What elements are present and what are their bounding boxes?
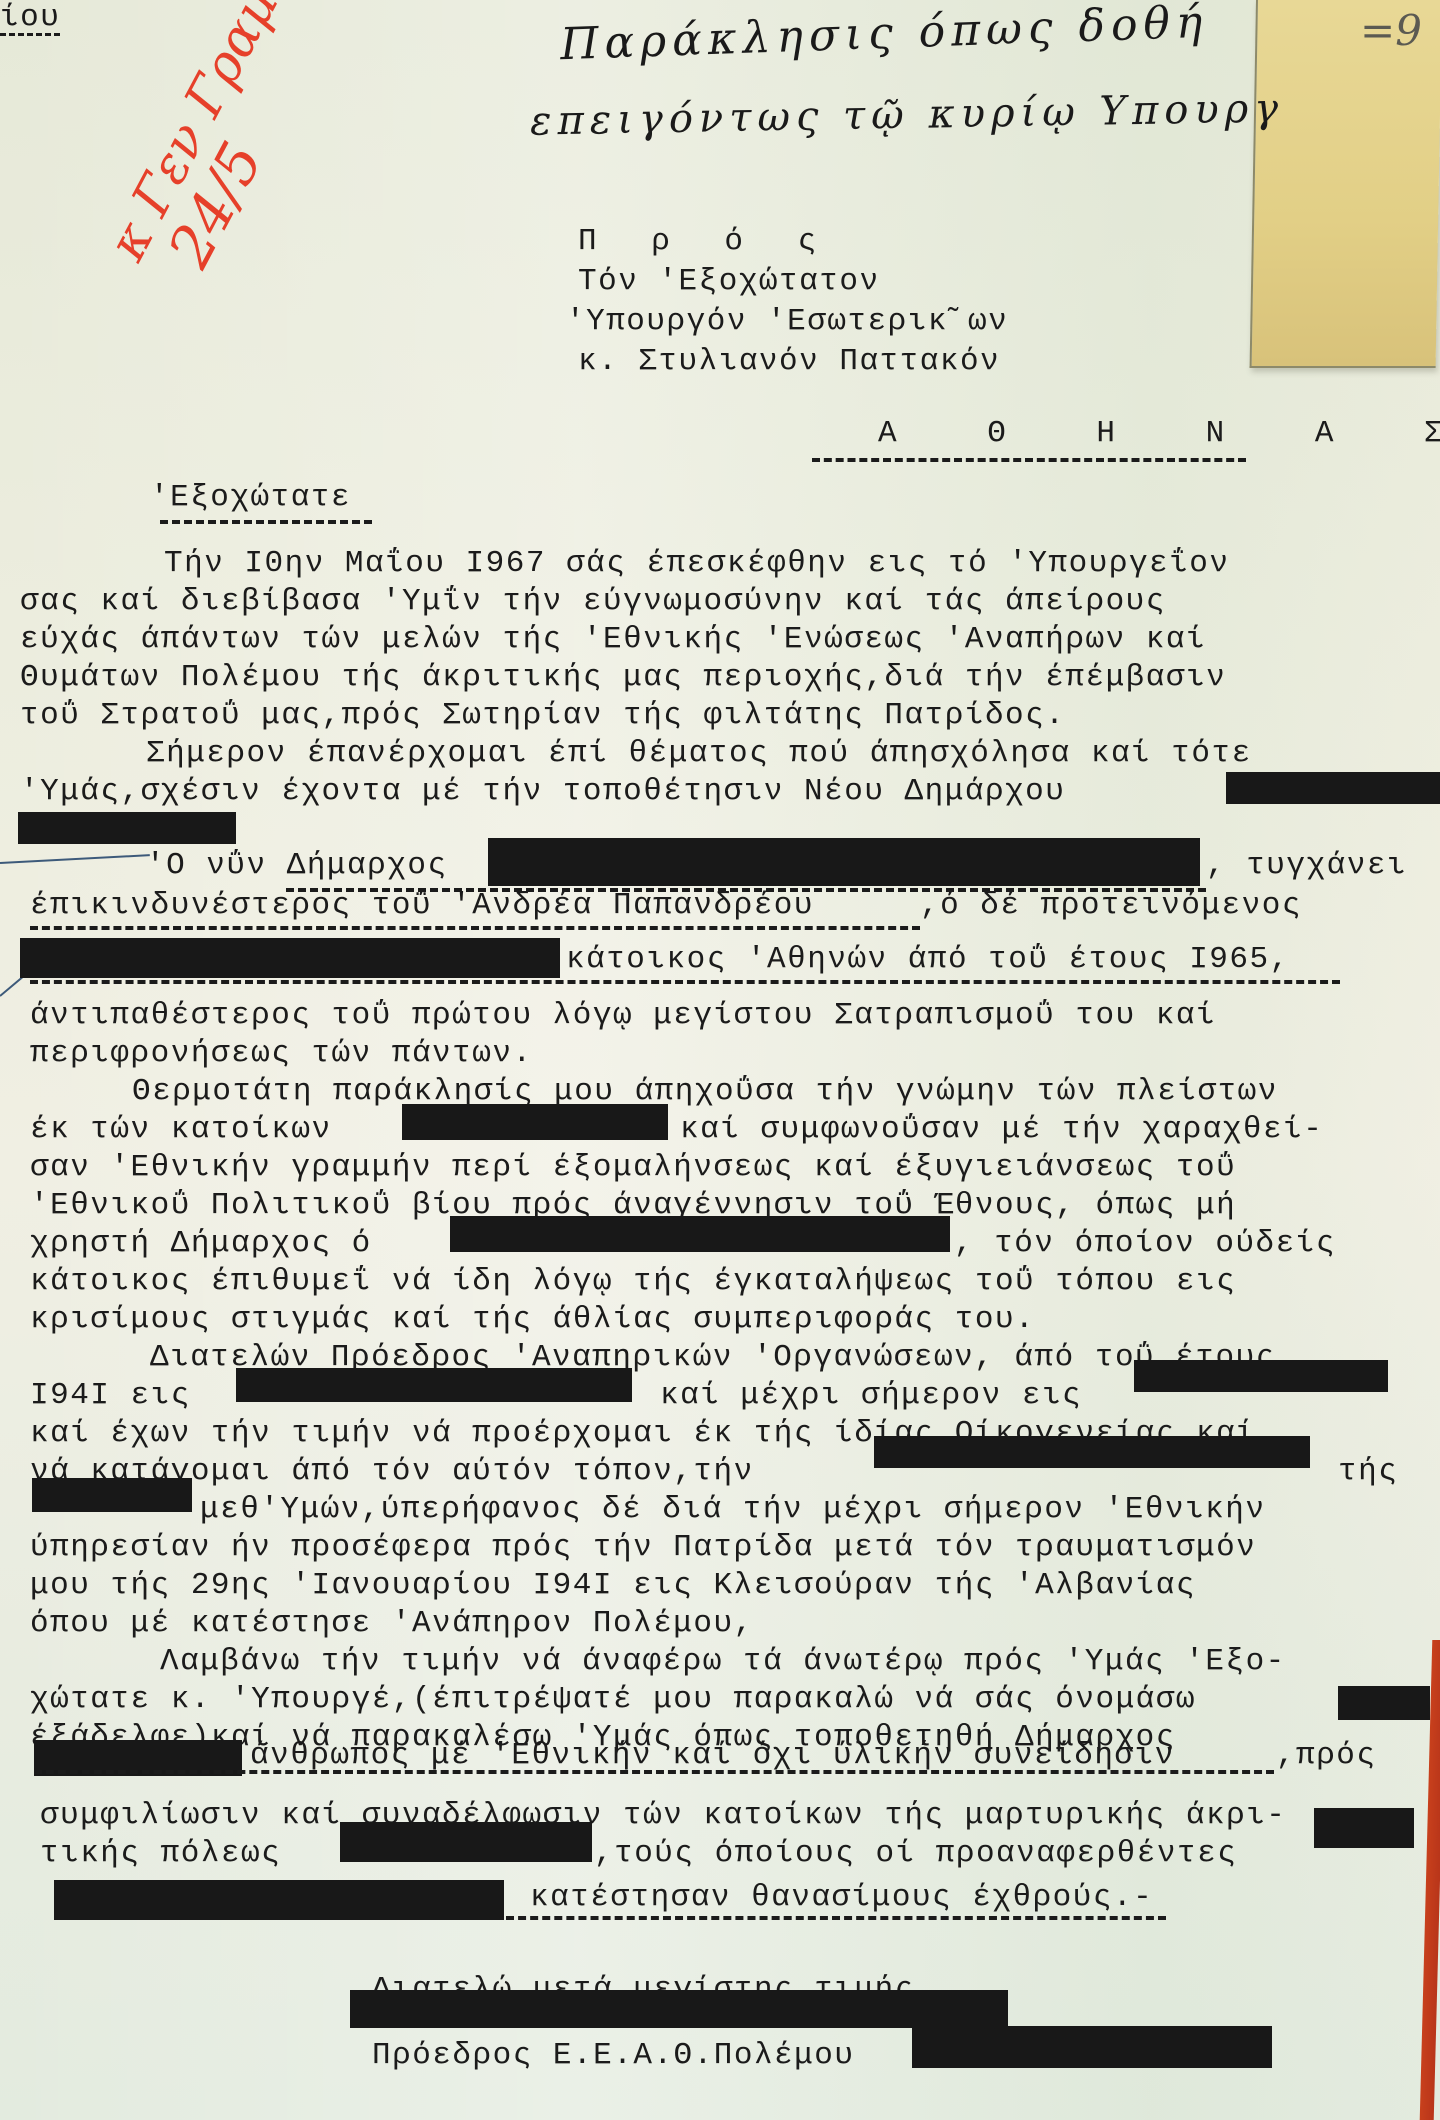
signature-title: Πρόεδρος Ε.Ε.Α.Θ.Πολέμου <box>372 2040 854 2071</box>
redaction-box <box>1314 1808 1414 1848</box>
body-line: τής <box>1338 1456 1398 1487</box>
redaction-box <box>488 838 1200 886</box>
redaction-box <box>912 2026 1272 2068</box>
recipient-line1: Π ρ ό ς <box>578 226 834 257</box>
redaction-box <box>340 1822 592 1862</box>
body-line: , τόν όποίον ούδείς <box>954 1228 1336 1259</box>
underline <box>30 980 1340 984</box>
city-heading: Α Θ Η Ν Α Σ <box>878 418 1440 449</box>
underline <box>506 1916 1166 1920</box>
body-line: έκ τών κατοίκων <box>30 1114 332 1145</box>
body-line: έπικινδυνέστερος τοΰ 'Ανδρέα Παπανδρέου <box>30 890 814 921</box>
redaction-box <box>32 1478 192 1512</box>
redaction-box <box>874 1436 1310 1468</box>
body-line: περιφρονήσεως τών πάντων. <box>30 1038 533 1069</box>
sticky-note-mark: =9 <box>1360 6 1422 55</box>
redaction-box <box>1338 1686 1430 1720</box>
body-line: Θυμάτων Πολέμου τής άκριτικής μας περιοχ… <box>20 662 1226 693</box>
redaction-box <box>1226 772 1440 804</box>
body-line: χρηστή Δήμαρχος ό <box>30 1228 372 1259</box>
body-line: Τήν Ι0ην Μαΐου Ι967 σάς έπεσκέφθην εις τ… <box>164 548 1229 579</box>
body-line: Ι94Ι εις <box>30 1380 191 1411</box>
sticky-note <box>1250 0 1440 368</box>
body-line: τικής πόλεως <box>40 1838 281 1869</box>
body-line: Σήμερον έπανέρχομαι έπί θέματος πού άπησ… <box>146 738 1252 769</box>
salutation: 'Εξοχώτατε <box>150 482 351 513</box>
underline <box>34 1770 1274 1774</box>
salutation-underline <box>160 520 372 524</box>
body-line: χώτατε κ. 'Υπουργέ,(έπιτρέψατέ μου παρακ… <box>30 1684 1196 1715</box>
recipient-line4: κ. Στυλιανόν Παττακόν <box>578 346 1000 377</box>
body-line: Θερμοτάτη παράκλησίς μου άπηχοΰσα τήν γν… <box>132 1076 1278 1107</box>
top-fragment: ίου <box>0 2 60 33</box>
body-line: σαν 'Εθνικήν γραμμήν περί έξομαλήνσεως κ… <box>30 1152 1236 1183</box>
body-line: άντιπαθέστερος τοΰ πρώτου λόγῳ μεγίστου … <box>30 1000 1216 1031</box>
recipient-line2: Τόν 'Εξοχώτατον <box>578 266 880 297</box>
redaction-box <box>402 1104 668 1140</box>
body-line: εύχάς άπάντων τών μελών τής 'Εθνικής 'Εν… <box>20 624 1206 655</box>
body-line: άνθρωπος μέ 'Εθνικήν καί όχι ύλικήν συνε… <box>250 1740 1175 1771</box>
body-line: κάτοικος 'Αθηνών άπό τοΰ έτους Ι965, <box>566 944 1290 975</box>
body-line: , τυγχάνει <box>1206 850 1407 881</box>
body-line: ,τούς όποίους οί προαναφερθέντες <box>594 1838 1237 1869</box>
recipient-line3: 'Υπουργόν 'Εσωτερικ῀ων <box>566 306 1008 337</box>
underline <box>30 926 920 930</box>
redaction-box <box>350 1990 1008 2028</box>
body-line: ,πρός <box>1276 1740 1377 1771</box>
redaction-box <box>54 1880 504 1920</box>
body-line: σας καί διεβίβασα 'Υμΐν τήν εύγνωμοσύνην… <box>20 586 1166 617</box>
body-line: μου τής 29ης 'Ιανουαρίου Ι94Ι εις Κλεισο… <box>30 1570 1196 1601</box>
body-line: 'Ο νΰν Δήμαρχος <box>146 850 448 881</box>
body-line: όπου μέ κατέστησε 'Ανάπηρον Πολέμου, <box>30 1608 754 1639</box>
body-line: 'Υμάς,σχέσιν έχοντα μέ τήν τοποθέτησιν Ν… <box>20 776 1065 807</box>
body-line: μεθ'Υμών,ύπερήφανος δέ διά τήν μέχρι σήμ… <box>200 1494 1265 1525</box>
body-line: καί συμφωνοΰσαν μέ τήν χαραχθεί- <box>680 1114 1323 1145</box>
body-line: καί μέχρι σήμερον εις <box>660 1380 1082 1411</box>
redaction-box <box>18 812 236 844</box>
body-line: συμφιλίωσιν καί συναδέλφωσιν τών κατοίκω… <box>40 1800 1286 1831</box>
city-underline <box>812 458 1246 462</box>
body-line: ύπηρεσίαν ήν προσέφερα πρός τήν Πατρίδα … <box>30 1532 1256 1563</box>
body-line: τοΰ Στρατοΰ μας,πρός Σωτηρίαν τής φιλτάτ… <box>20 700 1065 731</box>
body-line: κρισίμους στιγμάς καί τής άθλίας συμπερι… <box>30 1304 1035 1335</box>
redaction-box <box>236 1368 632 1402</box>
body-line: ,ό δέ προτεινόμενος <box>920 890 1302 921</box>
body-line: κατέστησαν θανασίμους έχθρούς.- <box>530 1882 1153 1913</box>
body-line: κάτοικος έπιθυμεΐ νά ίδη λόγῳ τής έγκατα… <box>30 1266 1236 1297</box>
redaction-box <box>1134 1360 1388 1392</box>
redaction-box <box>450 1216 950 1252</box>
redaction-box <box>20 938 560 978</box>
body-line: Λαμβάνω τήν τιμήν νά άναφέρω τά άνωτέρῳ … <box>160 1646 1286 1677</box>
